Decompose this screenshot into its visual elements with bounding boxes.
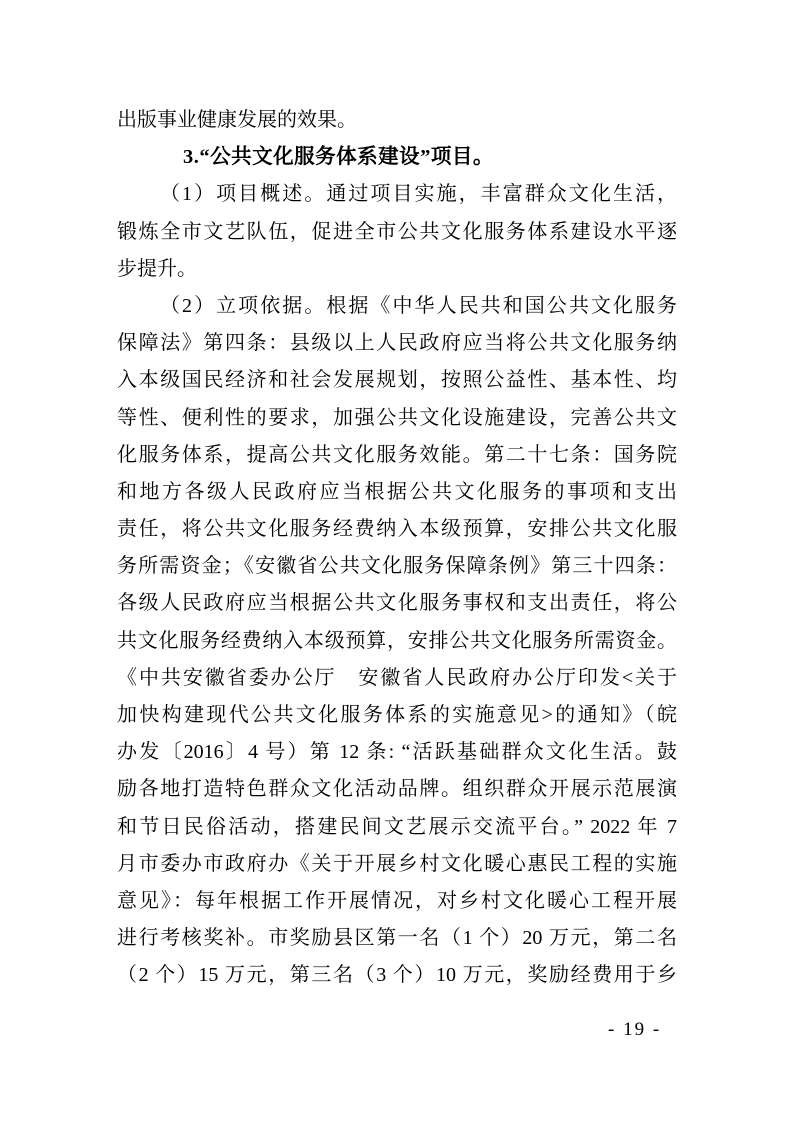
text-line: 务所需资金；《安徽省公共文化服务保障条例》第三十四条： <box>117 548 677 585</box>
text-line: 出版事业健康发展的效果。 <box>117 102 677 139</box>
text-line: 励各地打造特色群众文化活动品牌。组织群众开展示范展演 <box>117 771 677 808</box>
text-line: 保障法》第四条：县级以上人民政府应当将公共文化服务纳 <box>117 325 677 362</box>
text-line: 锻炼全市文艺队伍，促进全市公共文化服务体系建设水平逐 <box>117 214 677 251</box>
text-line: （1）项目概述。通过项目实施，丰富群众文化生活， <box>117 176 677 213</box>
text-line: 化服务体系，提高公共文化服务效能。第二十七条：国务院 <box>117 437 677 474</box>
text-line: 意见》：每年根据工作开展情况，对乡村文化暖心工程开展 <box>117 883 677 920</box>
text-line: （2 个）15 万元，第三名（3 个）10 万元，奖励经费用于乡 <box>117 957 677 994</box>
text-line: （2）立项依据。根据《中华人民共和国公共文化服务 <box>117 288 677 325</box>
page-number: - 19 - <box>608 1019 661 1041</box>
document-body: 出版事业健康发展的效果。3.“公共文化服务体系建设”项目。（1）项目概述。通过项… <box>117 102 677 995</box>
document-page: 出版事业健康发展的效果。3.“公共文化服务体系建设”项目。（1）项目概述。通过项… <box>0 0 793 1122</box>
text-line: 加快构建现代公共文化服务体系的实施意见>的通知》（皖 <box>117 697 677 734</box>
text-line: 入本级国民经济和社会发展规划，按照公益性、基本性、均 <box>117 362 677 399</box>
text-line: 等性、便利性的要求，加强公共文化设施建设，完善公共文 <box>117 400 677 437</box>
text-line: 共文化服务经费纳入本级预算，安排公共文化服务所需资金。 <box>117 623 677 660</box>
text-line: 月市委办市政府办《关于开展乡村文化暖心惠民工程的实施 <box>117 846 677 883</box>
text-line: 和节日民俗活动，搭建民间文艺展示交流平台。” 2022 年 7 <box>117 809 677 846</box>
section-heading: 3.“公共文化服务体系建设”项目。 <box>117 139 677 176</box>
text-line: 进行考核奖补。市奖励县区第一名（1 个）20 万元，第二名 <box>117 920 677 957</box>
text-line: 责任，将公共文化服务经费纳入本级预算，安排公共文化服 <box>117 511 677 548</box>
text-line: 各级人民政府应当根据公共文化服务事权和支出责任，将公 <box>117 585 677 622</box>
text-line: 和地方各级人民政府应当根据公共文化服务的事项和支出 <box>117 474 677 511</box>
text-line: 办发〔2016〕4 号）第 12 条: “活跃基础群众文化生活。鼓 <box>117 734 677 771</box>
text-line: 《中共安徽省委办公厅 安徽省人民政府办公厅印发<关于 <box>117 660 677 697</box>
text-line: 步提升。 <box>117 251 677 288</box>
